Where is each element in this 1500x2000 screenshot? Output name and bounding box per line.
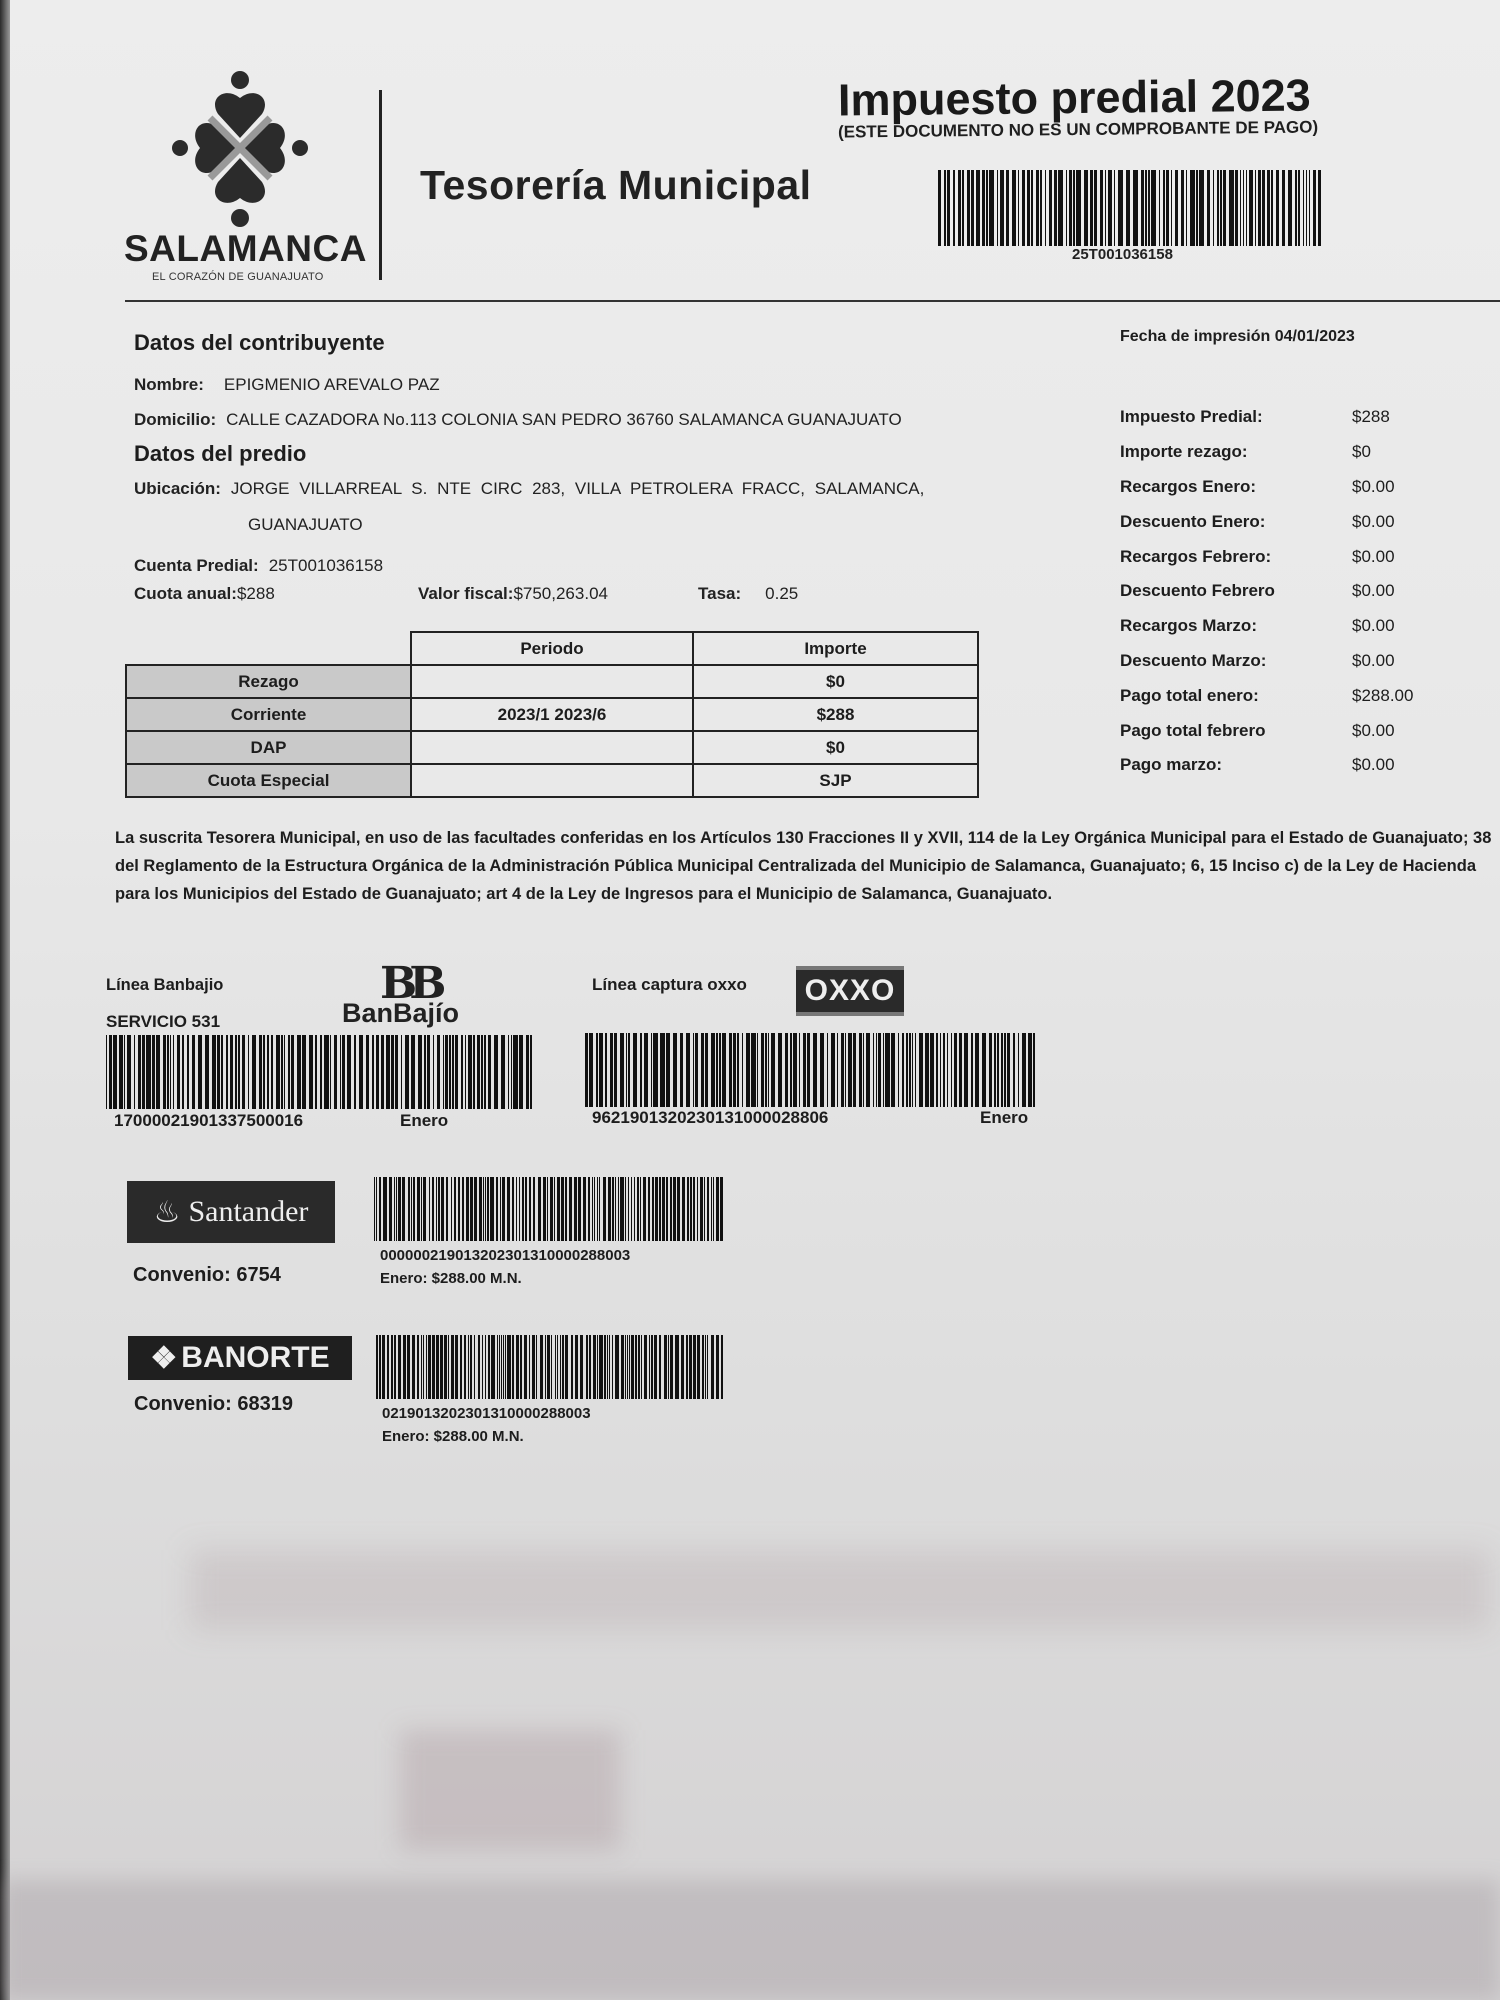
summary-label: Recargos Febrero: (1120, 547, 1352, 567)
annual-fee-label: Cuota anual: (134, 584, 237, 603)
taxpayer-section-title: Datos del contribuyente (134, 330, 385, 356)
taxpayer-name: EPIGMENIO AREVALO PAZ (224, 375, 440, 394)
taxpayer-address-row: Domicilio:CALLE CAZADORA No.113 COLONIA … (134, 410, 902, 430)
fiscal-value: $750,263.04 (513, 584, 608, 603)
summary-label: Recargos Enero: (1120, 477, 1352, 497)
banorte-barcode-number: 0219013202301310000288003 (382, 1405, 591, 1422)
santander-barcode-number: 000000219013202301310000288003 (380, 1247, 630, 1264)
row-concept: Corriente (126, 698, 411, 731)
show-through-box (400, 1730, 620, 1850)
header-divider (379, 90, 382, 280)
summary-value: $0.00 (1352, 547, 1395, 567)
tax-breakdown-table: Periodo Importe Rezago$0Corriente2023/1 … (125, 631, 979, 798)
summary-label: Impuesto Predial: (1120, 407, 1352, 427)
row-period (411, 764, 693, 797)
summary-value: $0.00 (1352, 651, 1395, 671)
summary-row: Recargos Enero:$0.00 (1120, 470, 1413, 505)
banorte-barcode (376, 1335, 726, 1399)
summary-value: $288.00 (1352, 686, 1413, 706)
santander-agreement: Convenio: 6754 (133, 1264, 281, 1287)
oxxo-logo-icon: OXXO (796, 966, 904, 1016)
table-row: Rezago$0 (126, 665, 978, 698)
taxpayer-address: CALLE CAZADORA No.113 COLONIA SAN PEDRO … (226, 410, 902, 429)
summary-value: $0.00 (1352, 581, 1395, 601)
address-label: Domicilio: (134, 410, 216, 429)
taxpayer-name-row: Nombre:EPIGMENIO AREVALO PAZ (134, 375, 440, 395)
row-concept: DAP (126, 731, 411, 764)
summary-label: Pago total enero: (1120, 686, 1352, 706)
summary-label: Pago total febrero (1120, 721, 1352, 741)
summary-value: $0.00 (1352, 721, 1395, 741)
rate-row: Tasa:0.25 (698, 584, 798, 604)
banbajio-service: SERVICIO 531 (106, 1012, 220, 1032)
table-row: DAP$0 (126, 731, 978, 764)
payment-summary: Impuesto Predial:$288Importe rezago:$0Re… (1120, 400, 1413, 783)
oxxo-month: Enero (980, 1108, 1028, 1128)
summary-label: Descuento Febrero (1120, 581, 1352, 601)
summary-row: Importe rezago:$0 (1120, 435, 1413, 470)
santander-barcode (374, 1177, 726, 1241)
table-header-period: Periodo (411, 632, 693, 665)
header-rule (125, 300, 1500, 302)
oxxo-barcode (585, 1033, 1040, 1107)
paper-edge-shadow (0, 0, 10, 2000)
oxxo-line-label: Línea captura oxxo (592, 975, 747, 995)
summary-row: Descuento Marzo:$0.00 (1120, 644, 1413, 679)
name-label: Nombre: (134, 375, 204, 394)
legal-text: La suscrita Tesorera Municipal, en uso d… (115, 824, 1500, 908)
summary-label: Descuento Enero: (1120, 512, 1352, 532)
account-label: Cuenta Predial: (134, 556, 259, 575)
santander-logo: ♨ Santander (127, 1181, 335, 1243)
summary-row: Recargos Febrero:$0.00 (1120, 539, 1413, 574)
summary-row: Descuento Febrero$0.00 (1120, 574, 1413, 609)
banbajio-line-label: Línea Banbajio (106, 976, 223, 995)
department-name: Tesorería Municipal (420, 162, 812, 209)
santander-amount: Enero: $288.00 M.N. (380, 1270, 522, 1287)
row-amount: $0 (693, 665, 978, 698)
city-tagline: EL CORAZÓN DE GUANAJUATO (152, 271, 323, 283)
table-row: Corriente2023/1 2023/6$288 (126, 698, 978, 731)
property-location-line2: GUANAJUATO (248, 515, 363, 535)
banorte-mark-icon: ❖ (150, 1341, 177, 1376)
summary-label: Descuento Marzo: (1120, 651, 1352, 671)
location-label: Ubicación: (134, 479, 221, 498)
property-location-line1: JORGE VILLARREAL S. NTE CIRC 283, VILLA … (231, 479, 924, 498)
account-row: Cuenta Predial:25T001036158 (134, 556, 383, 576)
row-period: 2023/1 2023/6 (411, 698, 693, 731)
document-subtitle: (ESTE DOCUMENTO NO ES UN COMPROBANTE DE … (838, 117, 1318, 142)
table-corner (126, 632, 411, 665)
account-number: 25T001036158 (269, 556, 383, 575)
city-name: SALAMANCA (124, 228, 367, 270)
oxxo-barcode-number: 9621901320230131000028806 (592, 1108, 828, 1128)
show-through-bottom (0, 1880, 1500, 2000)
row-concept: Cuota Especial (126, 764, 411, 797)
banbajio-barcode-number: 17000021901337500016 (114, 1111, 303, 1131)
summary-value: $0.00 (1352, 477, 1395, 497)
row-amount: SJP (693, 764, 978, 797)
summary-value: $0 (1352, 442, 1371, 462)
banbajio-barcode (106, 1035, 534, 1109)
santander-logo-text: Santander (188, 1195, 308, 1229)
banbajio-logo-name: BanBajío (342, 998, 459, 1029)
row-concept: Rezago (126, 665, 411, 698)
banorte-agreement: Convenio: 68319 (134, 1393, 293, 1416)
summary-label: Recargos Marzo: (1120, 616, 1352, 636)
summary-value: $0.00 (1352, 616, 1395, 636)
row-amount: $288 (693, 698, 978, 731)
banorte-logo: ❖ BANORTE (128, 1336, 352, 1380)
show-through-band (190, 1550, 1490, 1630)
banbajio-month: Enero (400, 1111, 448, 1131)
print-date: Fecha de impresión 04/01/2023 (1120, 328, 1355, 346)
summary-row: Pago marzo:$0.00 (1120, 748, 1413, 783)
row-period (411, 731, 693, 764)
annual-fee: $288 (237, 584, 275, 603)
summary-label: Importe rezago: (1120, 442, 1352, 462)
summary-row: Pago total enero:$288.00 (1120, 678, 1413, 713)
salamanca-heart-logo-icon (170, 68, 310, 228)
fiscal-value-row: Valor fiscal:$750,263.04 (418, 584, 608, 604)
summary-row: Impuesto Predial:$288 (1120, 400, 1413, 435)
summary-value: $0.00 (1352, 512, 1395, 532)
summary-row: Recargos Marzo:$0.00 (1120, 609, 1413, 644)
banorte-amount: Enero: $288.00 M.N. (382, 1428, 524, 1445)
santander-flame-icon: ♨ (154, 1195, 181, 1230)
summary-value: $288 (1352, 407, 1390, 427)
fiscal-value-label: Valor fiscal: (418, 584, 513, 603)
rate-value: 0.25 (765, 584, 798, 603)
row-period (411, 665, 693, 698)
table-row: Cuota EspecialSJP (126, 764, 978, 797)
account-barcode-number: 25T001036158 (1072, 246, 1173, 263)
rate-label: Tasa: (698, 584, 741, 603)
property-section-title: Datos del predio (134, 441, 306, 467)
annual-fee-row: Cuota anual:$288 (134, 584, 275, 604)
property-location-row: Ubicación:JORGE VILLARREAL S. NTE CIRC 2… (134, 479, 924, 499)
summary-row: Pago total febrero$0.00 (1120, 713, 1413, 748)
summary-value: $0.00 (1352, 755, 1395, 775)
banorte-logo-text: BANORTE (181, 1341, 329, 1375)
summary-row: Descuento Enero:$0.00 (1120, 504, 1413, 539)
summary-label: Pago marzo: (1120, 755, 1352, 775)
row-amount: $0 (693, 731, 978, 764)
table-header-amount: Importe (693, 632, 978, 665)
account-barcode (938, 170, 1324, 246)
